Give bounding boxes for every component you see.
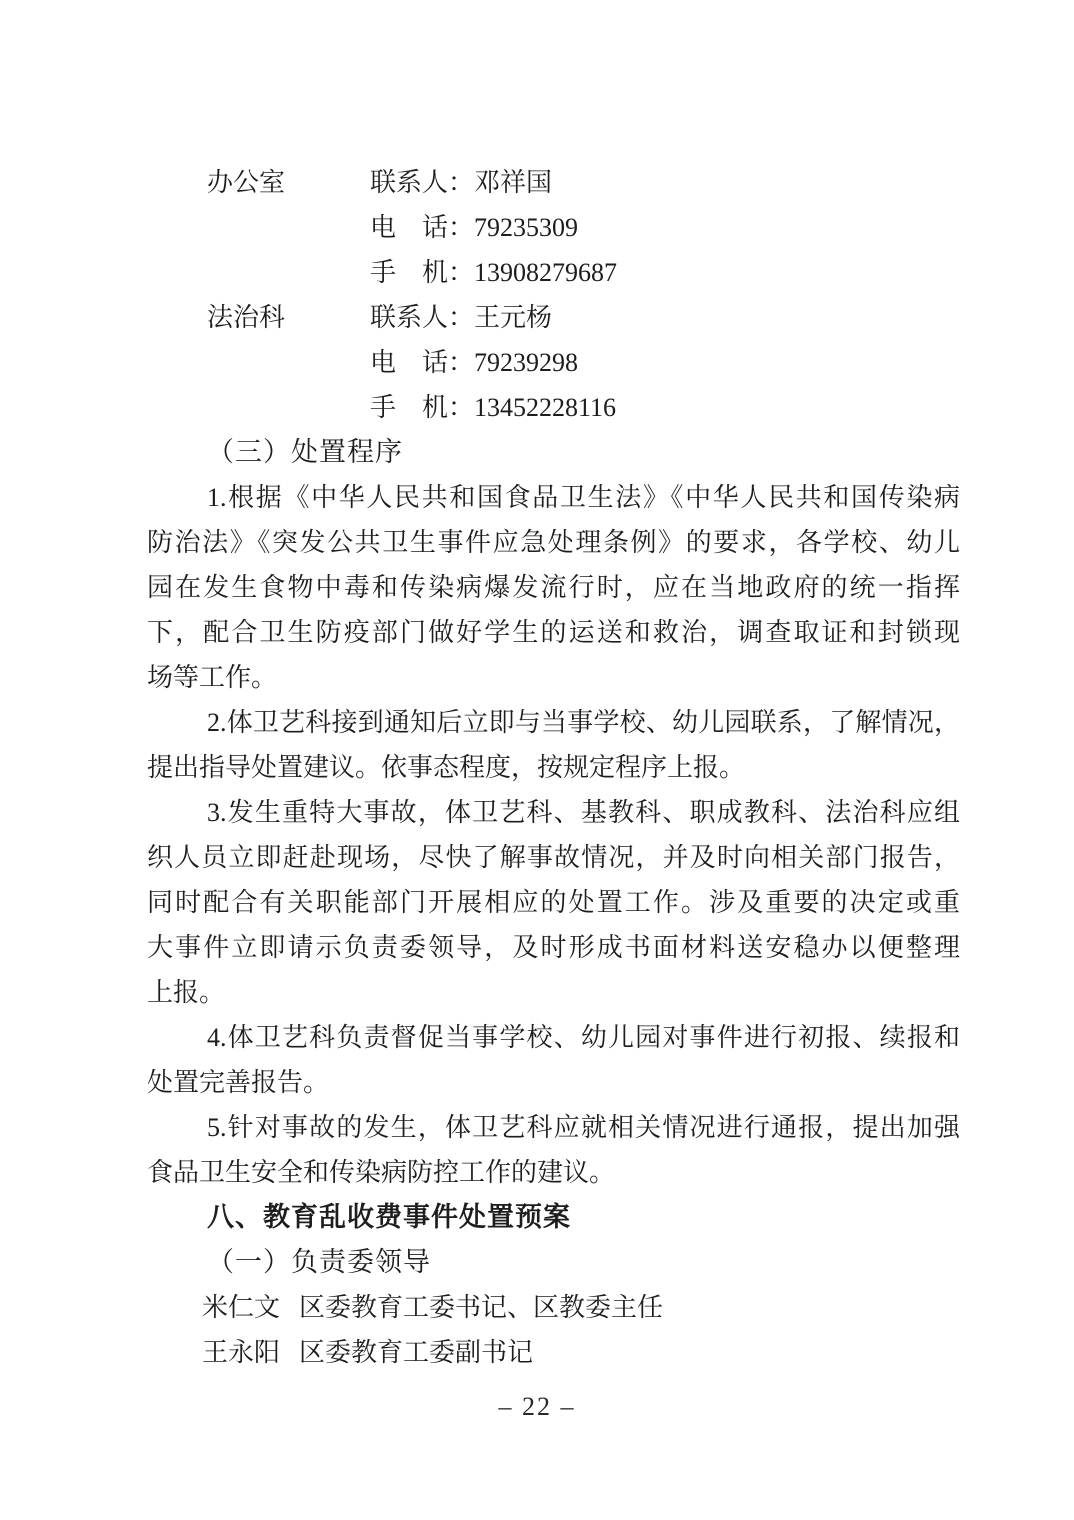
leader-title: 区委教育工委书记、区教委主任 [299, 1285, 663, 1330]
contact-row: 电 话：79239298 [207, 340, 960, 385]
paragraph-line: 处置完善报告。 [147, 1060, 960, 1105]
paragraph-line: 食品卫生安全和传染病防控工作的建议。 [147, 1150, 960, 1195]
contact-info-text: 电 话：79239298 [370, 340, 578, 385]
paragraph-line: 场等工作。 [147, 655, 960, 700]
contact-row: 电 话：79235309 [207, 205, 960, 250]
contact-row: 手 机：13452228116 [207, 385, 960, 430]
contact-dept-label [207, 340, 370, 385]
contact-info-text: 电 话：79235309 [370, 205, 578, 250]
leader-row: 米仁文 区委教育工委书记、区教委主任 [202, 1285, 960, 1330]
paragraph-line: 织人员立即赶赴现场，尽快了解事故情况，并及时向相关部门报告， [147, 835, 960, 880]
paragraph-line: 1.根据《中华人民共和国食品卫生法》《中华人民共和国传染病 [207, 475, 960, 520]
contact-row: 办公室 联系人：邓祥国 [207, 160, 960, 205]
contact-info-text: 手 机：13908279687 [370, 250, 617, 295]
contact-info-text: 手 机：13452228116 [370, 385, 616, 430]
page-number: – 22 – [0, 1392, 1074, 1422]
paragraph-line: 防治法》《突发公共卫生事件应急处理条例》的要求，各学校、幼儿 [147, 520, 960, 565]
leader-row: 王永阳 区委教育工委副书记 [202, 1330, 960, 1375]
document-page: 办公室 联系人：邓祥国 电 话：79235309 手 机：13908279687… [0, 0, 1074, 1520]
document-content: 办公室 联系人：邓祥国 电 话：79235309 手 机：13908279687… [147, 160, 960, 1375]
paragraph-line: 提出指导处置建议。依事态程度，按规定程序上报。 [147, 745, 960, 790]
paragraph-line: 2.体卫艺科接到通知后立即与当事学校、幼儿园联系，了解情况， [207, 700, 960, 745]
paragraph-line: 下，配合卫生防疫部门做好学生的运送和救治，调查取证和封锁现 [147, 610, 960, 655]
contact-row: 法治科 联系人：王元杨 [207, 295, 960, 340]
procedure-section-heading: （三）处置程序 [207, 430, 960, 475]
leaders-section-heading: （一）负责委领导 [207, 1240, 960, 1285]
leader-name: 王永阳 [202, 1330, 299, 1375]
paragraph-line: 上报。 [147, 970, 960, 1015]
contact-dept-label [207, 250, 370, 295]
paragraph-line: 3.发生重特大事故，体卫艺科、基教科、职成教科、法治科应组 [207, 790, 960, 835]
paragraph-line: 5.针对事故的发生，体卫艺科应就相关情况进行通报，提出加强 [207, 1105, 960, 1150]
contact-dept-label: 办公室 [207, 160, 370, 205]
contact-info-text: 联系人：王元杨 [370, 295, 552, 340]
leader-name: 米仁文 [202, 1285, 299, 1330]
contact-dept-label: 法治科 [207, 295, 370, 340]
section8-heading: 八、教育乱收费事件处置预案 [207, 1195, 960, 1240]
paragraph-line: 园在发生食物中毒和传染病爆发流行时，应在当地政府的统一指挥 [147, 565, 960, 610]
leader-title: 区委教育工委副书记 [299, 1330, 533, 1375]
contact-dept-label [207, 205, 370, 250]
paragraph-line: 4.体卫艺科负责督促当事学校、幼儿园对事件进行初报、续报和 [207, 1015, 960, 1060]
contact-row: 手 机：13908279687 [207, 250, 960, 295]
contact-info-text: 联系人：邓祥国 [370, 160, 552, 205]
paragraph-line: 大事件立即请示负责委领导，及时形成书面材料送安稳办以便整理 [147, 925, 960, 970]
paragraph-line: 同时配合有关职能部门开展相应的处置工作。涉及重要的决定或重 [147, 880, 960, 925]
contact-dept-label [207, 385, 370, 430]
